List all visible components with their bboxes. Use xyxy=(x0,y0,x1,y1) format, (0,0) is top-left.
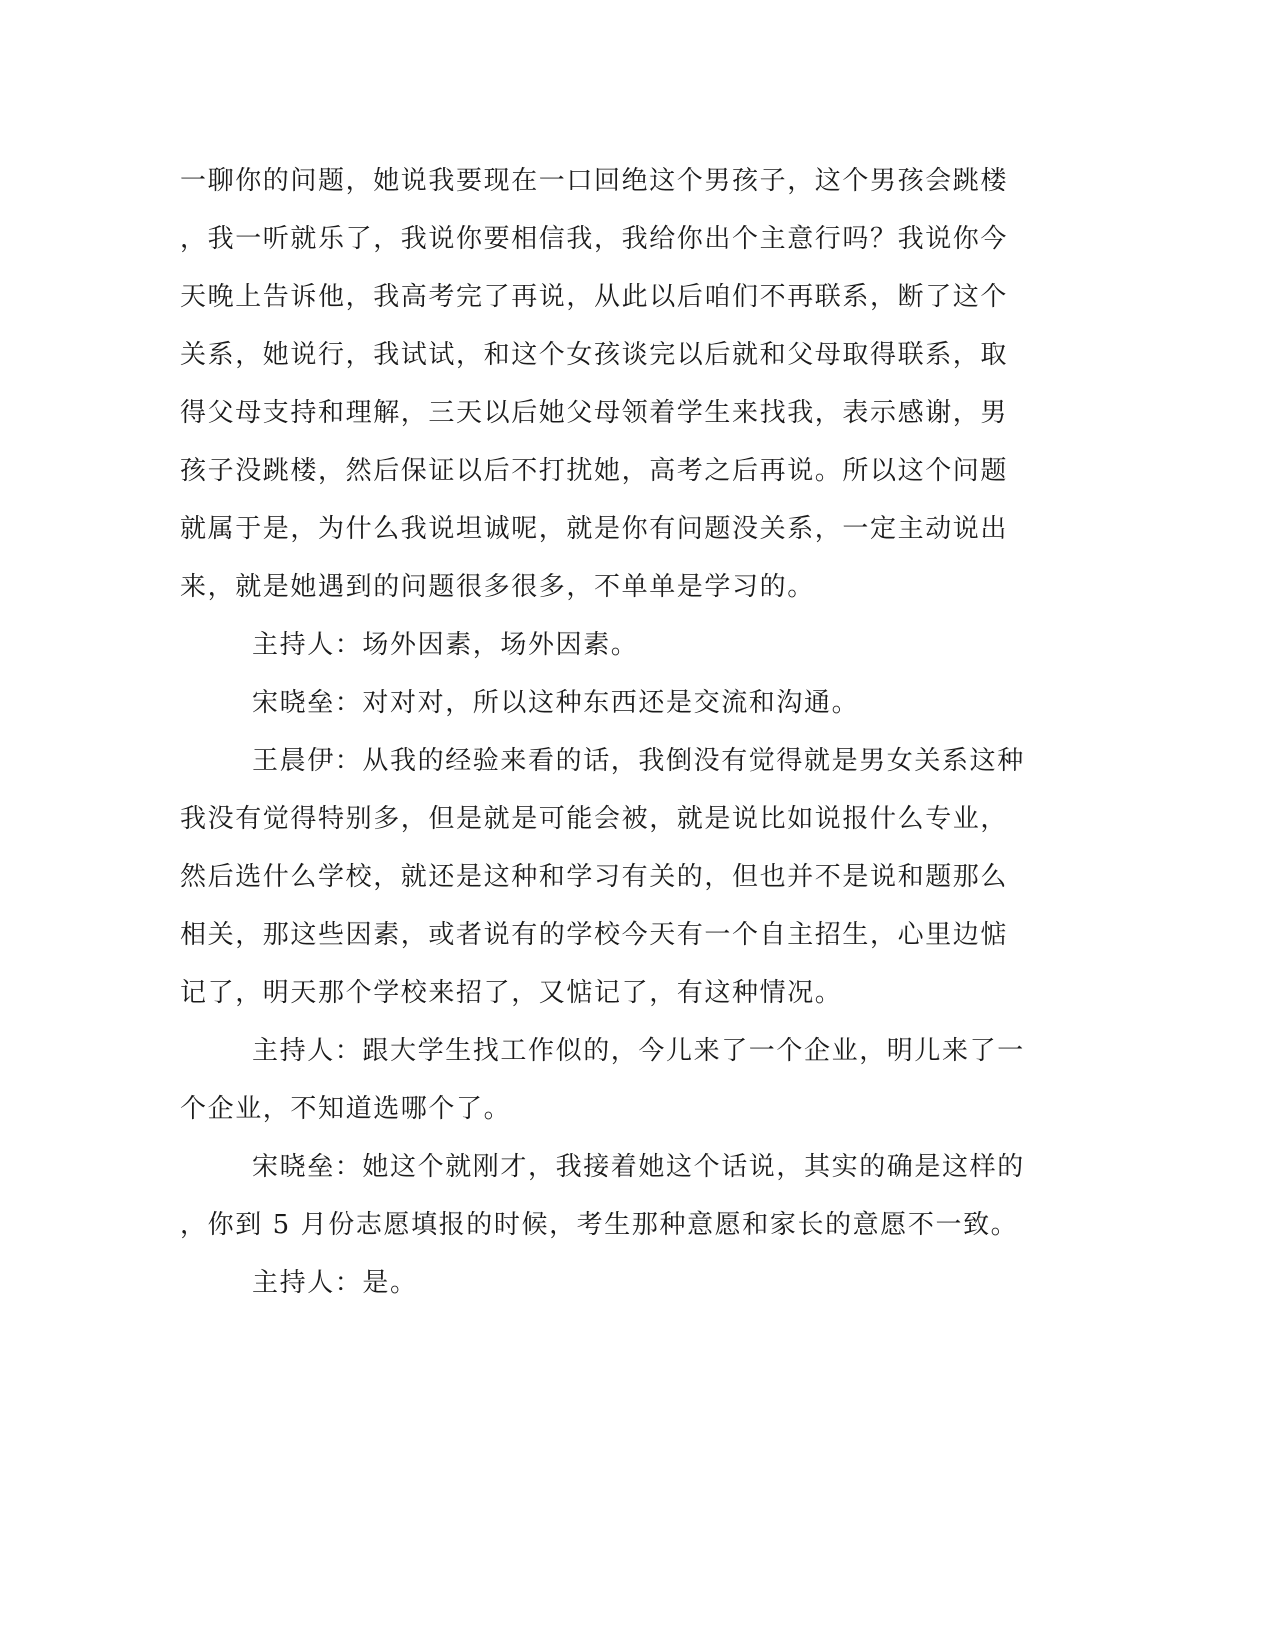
document-page: 一聊你的问题，她说我要现在一口回绝这个男孩子，这个男孩会跳楼 ，我一听就乐了，我… xyxy=(0,0,1275,1650)
text-line: 王晨伊：从我的经验来看的话，我倒没有觉得就是男女关系这种 xyxy=(180,740,1040,798)
text-line: 记了，明天那个学校来招了，又惦记了，有这种情况。 xyxy=(180,972,1040,1030)
text-line: 天晚上告诉他，我高考完了再说，从此以后咱们不再联系，断了这个 xyxy=(180,276,1040,334)
text-line: 主持人：跟大学生找工作似的，今儿来了一个企业，明儿来了一 xyxy=(180,1030,1040,1088)
text-line: 然后选什么学校，就还是这种和学习有关的，但也并不是说和题那么 xyxy=(180,856,1040,914)
paragraph-host: 主持人：跟大学生找工作似的，今儿来了一个企业，明儿来了一 个企业，不知道选哪个了… xyxy=(180,1030,1040,1146)
text-line: 来，就是她遇到的问题很多很多，不单单是学习的。 xyxy=(180,566,1040,624)
text-line: 一聊你的问题，她说我要现在一口回绝这个男孩子，这个男孩会跳楼 xyxy=(180,160,1040,218)
text-line: ，你到 5 月份志愿填报的时候，考生那种意愿和家长的意愿不一致。 xyxy=(180,1204,1040,1262)
text-line: 主持人：场外因素，场外因素。 xyxy=(180,624,1040,682)
text-line: 主持人：是。 xyxy=(180,1262,1040,1320)
text-line: 孩子没跳楼，然后保证以后不打扰她，高考之后再说。所以这个问题 xyxy=(180,450,1040,508)
paragraph-host: 主持人：场外因素，场外因素。 xyxy=(180,624,1040,682)
text-line: 得父母支持和理解，三天以后她父母领着学生来找我，表示感谢，男 xyxy=(180,392,1040,450)
text-line: 个企业，不知道选哪个了。 xyxy=(180,1088,1040,1146)
text-line: ，我一听就乐了，我说你要相信我，我给你出个主意行吗？我说你今 xyxy=(180,218,1040,276)
text-line: 宋晓垒：她这个就刚才，我接着她这个话说，其实的确是这样的 xyxy=(180,1146,1040,1204)
text-line: 关系，她说行，我试试，和这个女孩谈完以后就和父母取得联系，取 xyxy=(180,334,1040,392)
document-body: 一聊你的问题，她说我要现在一口回绝这个男孩子，这个男孩会跳楼 ，我一听就乐了，我… xyxy=(180,160,1040,1320)
text-line: 我没有觉得特别多，但是就是可能会被，就是说比如说报什么专业， xyxy=(180,798,1040,856)
text-line: 相关，那这些因素，或者说有的学校今天有一个自主招生，心里边惦 xyxy=(180,914,1040,972)
paragraph-song-xiaolei: 宋晓垒：她这个就刚才，我接着她这个话说，其实的确是这样的 ，你到 5 月份志愿填… xyxy=(180,1146,1040,1262)
paragraph-song-xiaolei: 宋晓垒：对对对，所以这种东西还是交流和沟通。 xyxy=(180,682,1040,740)
paragraph-host: 主持人：是。 xyxy=(180,1262,1040,1320)
paragraph-continuation: 一聊你的问题，她说我要现在一口回绝这个男孩子，这个男孩会跳楼 ，我一听就乐了，我… xyxy=(180,160,1040,624)
text-line: 就属于是，为什么我说坦诚呢，就是你有问题没关系，一定主动说出 xyxy=(180,508,1040,566)
text-line: 宋晓垒：对对对，所以这种东西还是交流和沟通。 xyxy=(180,682,1040,740)
paragraph-wang-chenyi: 王晨伊：从我的经验来看的话，我倒没有觉得就是男女关系这种 我没有觉得特别多，但是… xyxy=(180,740,1040,1030)
